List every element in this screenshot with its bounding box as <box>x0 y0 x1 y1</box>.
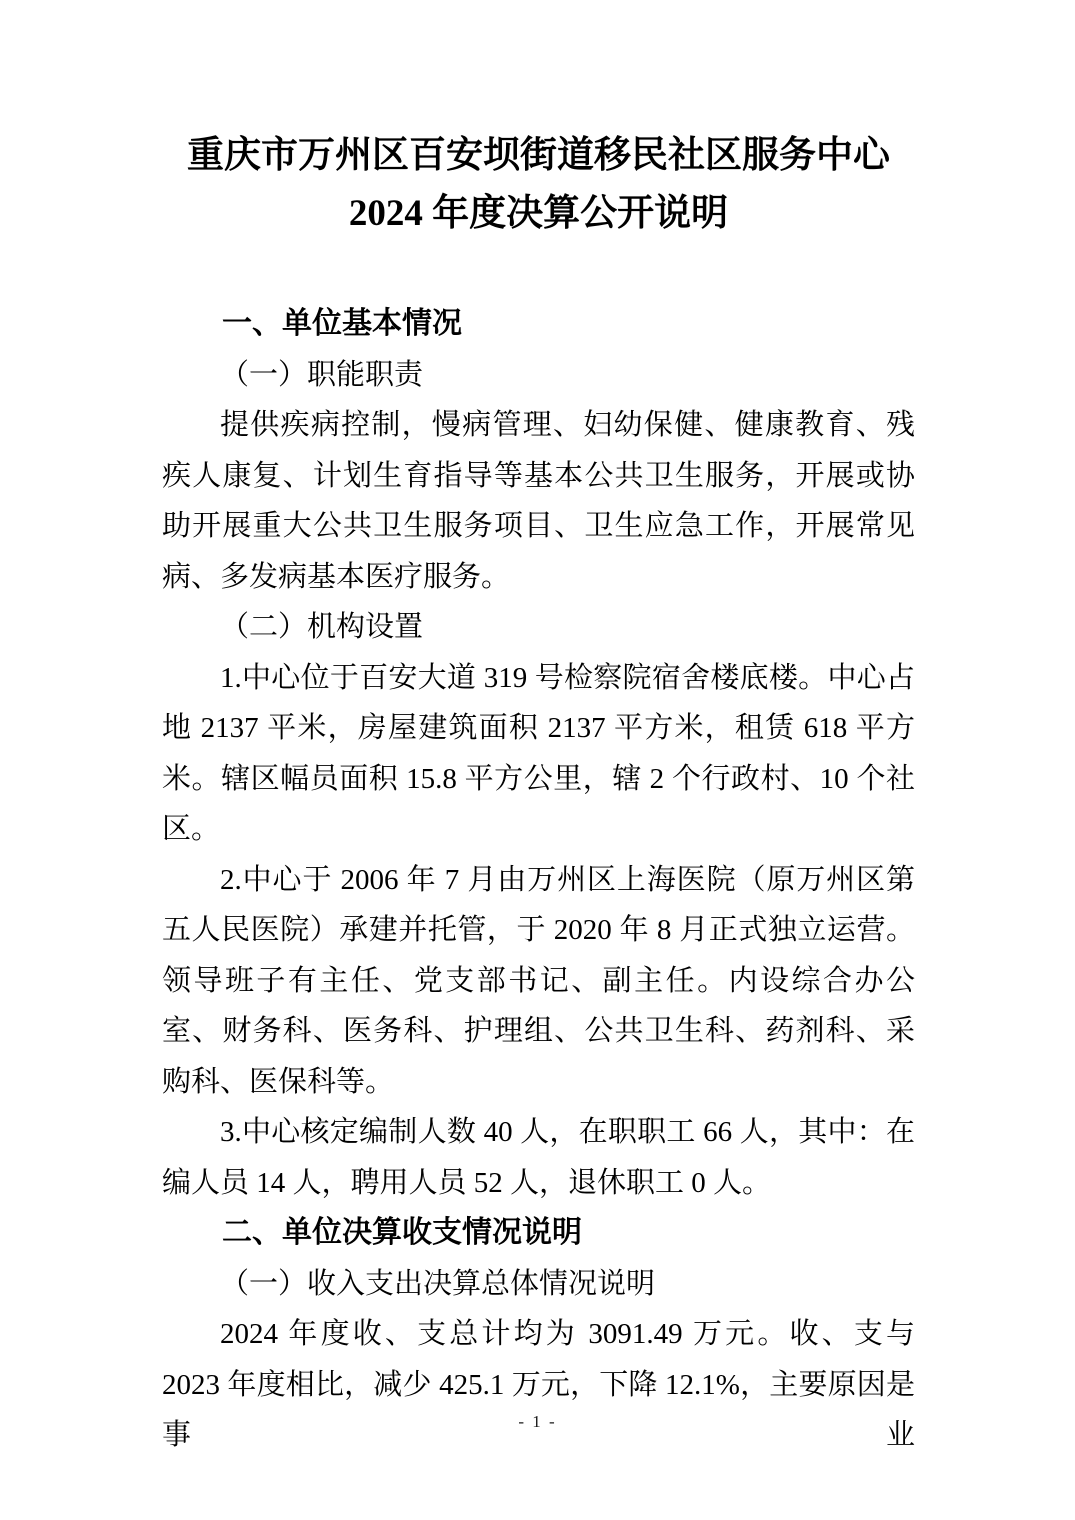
paragraph-budget-summary: 2024 年度收、支总计均为 3091.49 万元。收、支与 2023 年度相比… <box>162 1309 915 1461</box>
subsection-heading-1-2: （二）机构设置 <box>162 602 915 653</box>
document-content: 重庆市万州区百安坝街道移民社区服务中心 2024 年度决算公开说明 一、单位基本… <box>162 0 915 1461</box>
section-heading-1: 一、单位基本情况 <box>162 299 915 350</box>
title-line-2: 2024 年度决算公开说明 <box>162 185 915 243</box>
subsection-heading-2-1: （一）收入支出决算总体情况说明 <box>162 1259 915 1310</box>
paragraph-duties: 提供疾病控制，慢病管理、妇幼保健、健康教育、残疾人康复、计划生育指导等基本公共卫… <box>162 400 915 602</box>
title-line-1: 重庆市万州区百安坝街道移民社区服务中心 <box>162 127 915 185</box>
document-page: 重庆市万州区百安坝街道移民社区服务中心 2024 年度决算公开说明 一、单位基本… <box>0 0 1075 1520</box>
section-heading-2: 二、单位决算收支情况说明 <box>162 1208 915 1259</box>
document-title: 重庆市万州区百安坝街道移民社区服务中心 2024 年度决算公开说明 <box>162 127 915 243</box>
paragraph-location: 1.中心位于百安大道 319 号检察院宿舍楼底楼。中心占地 2137 平米，房屋… <box>162 653 915 855</box>
paragraph-staffing: 3.中心核定编制人数 40 人，在职职工 66 人，其中：在编人员 14 人，聘… <box>162 1107 915 1208</box>
paragraph-history: 2.中心于 2006 年 7 月由万州区上海医院（原万州区第五人民医院）承建并托… <box>162 855 915 1108</box>
document-body: 一、单位基本情况 （一）职能职责 提供疾病控制，慢病管理、妇幼保健、健康教育、残… <box>162 299 915 1461</box>
subsection-heading-1-1: （一）职能职责 <box>162 350 915 401</box>
page-number: - 1 - <box>0 1412 1075 1432</box>
